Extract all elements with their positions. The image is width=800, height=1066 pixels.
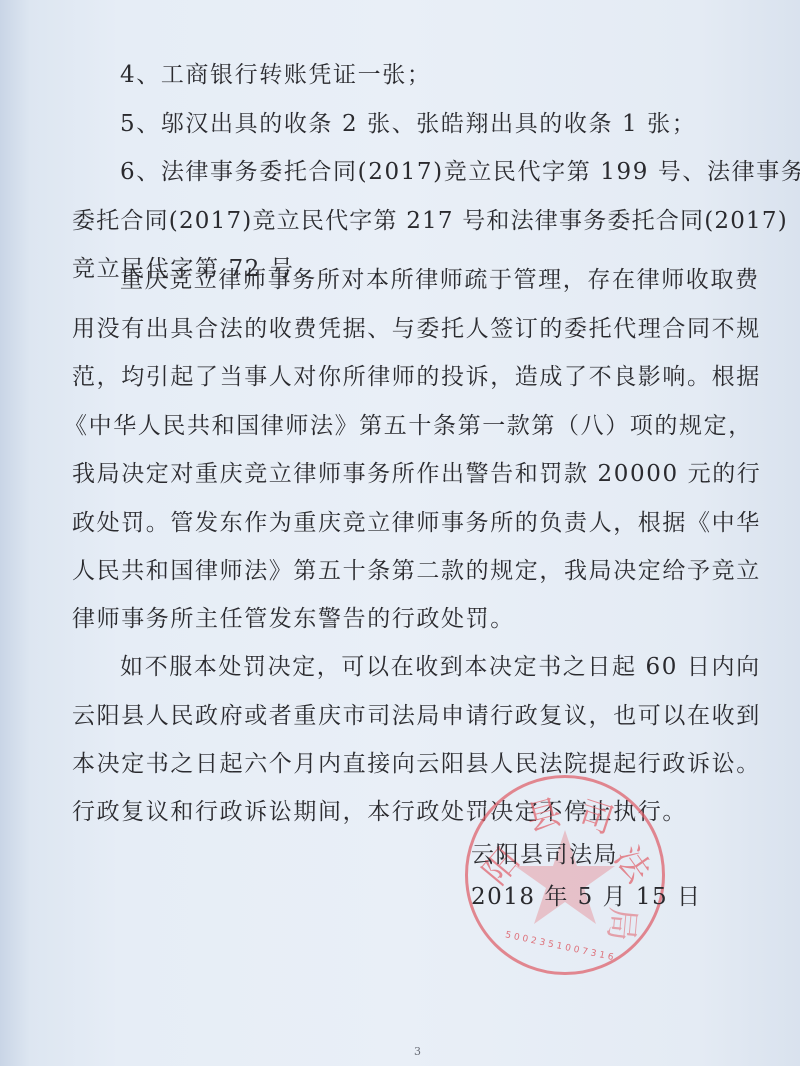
paragraph-2-line-3: 本决定书之日起六个月内直接向云阳县人民法院提起行政诉讼。 <box>72 749 761 779</box>
paragraph-1-line-4: 《中华人民共和国律师法》第五十条第一款第（八）项的规定， <box>64 411 753 441</box>
paragraph-1-line-6: 政处罚。管发东作为重庆竞立律师事务所的负责人，根据《中华 <box>72 508 761 538</box>
official-seal: 阳 县 司 法 局 5002351007316 <box>465 775 665 975</box>
document-page: 4、工商银行转账凭证一张； 5、邬汉出具的收条 2 张、张皓翔出具的收条 1 张… <box>0 0 800 1066</box>
list-item-6-line-1: 6、法律事务委托合同(2017)竞立民代字第 199 号、法律事务 <box>120 157 800 187</box>
paragraph-2-line-1: 如不服本处罚决定，可以在收到本决定书之日起 60 日内向 <box>120 652 761 682</box>
paragraph-1-line-8: 律师事务所主任管发东警告的行政处罚。 <box>72 604 515 634</box>
list-item-5: 5、邬汉出具的收条 2 张、张皓翔出具的收条 1 张； <box>120 109 696 139</box>
issuer-name: 云阳县司法局 <box>471 840 618 870</box>
paragraph-1-line-1: 重庆竞立律师事务所对本所律师疏于管理，存在律师收取费 <box>120 265 760 295</box>
page-number: 3 <box>414 1045 421 1058</box>
paragraph-1-line-3: 范，均引起了当事人对你所律师的投诉，造成了不良影响。根据 <box>72 362 761 392</box>
list-item-6-line-2: 委托合同(2017)竞立民代字第 217 号和法律事务委托合同(2017) <box>72 206 788 236</box>
paragraph-2-line-2: 云阳县人民政府或者重庆市司法局申请行政复议，也可以在收到 <box>72 701 761 731</box>
paragraph-1-line-7: 人民共和国律师法》第五十条第二款的规定，我局决定给予竞立 <box>72 556 761 586</box>
list-item-4: 4、工商银行转账凭证一张； <box>120 60 431 90</box>
issue-date: 2018 年 5 月 15 日 <box>471 882 702 912</box>
paragraph-1-line-2: 用没有出具合法的收费凭据、与委托人签订的委托代理合同不规 <box>72 314 761 344</box>
paragraph-1-line-5: 我局决定对重庆竞立律师事务所作出警告和罚款 20000 元的行 <box>72 459 761 489</box>
